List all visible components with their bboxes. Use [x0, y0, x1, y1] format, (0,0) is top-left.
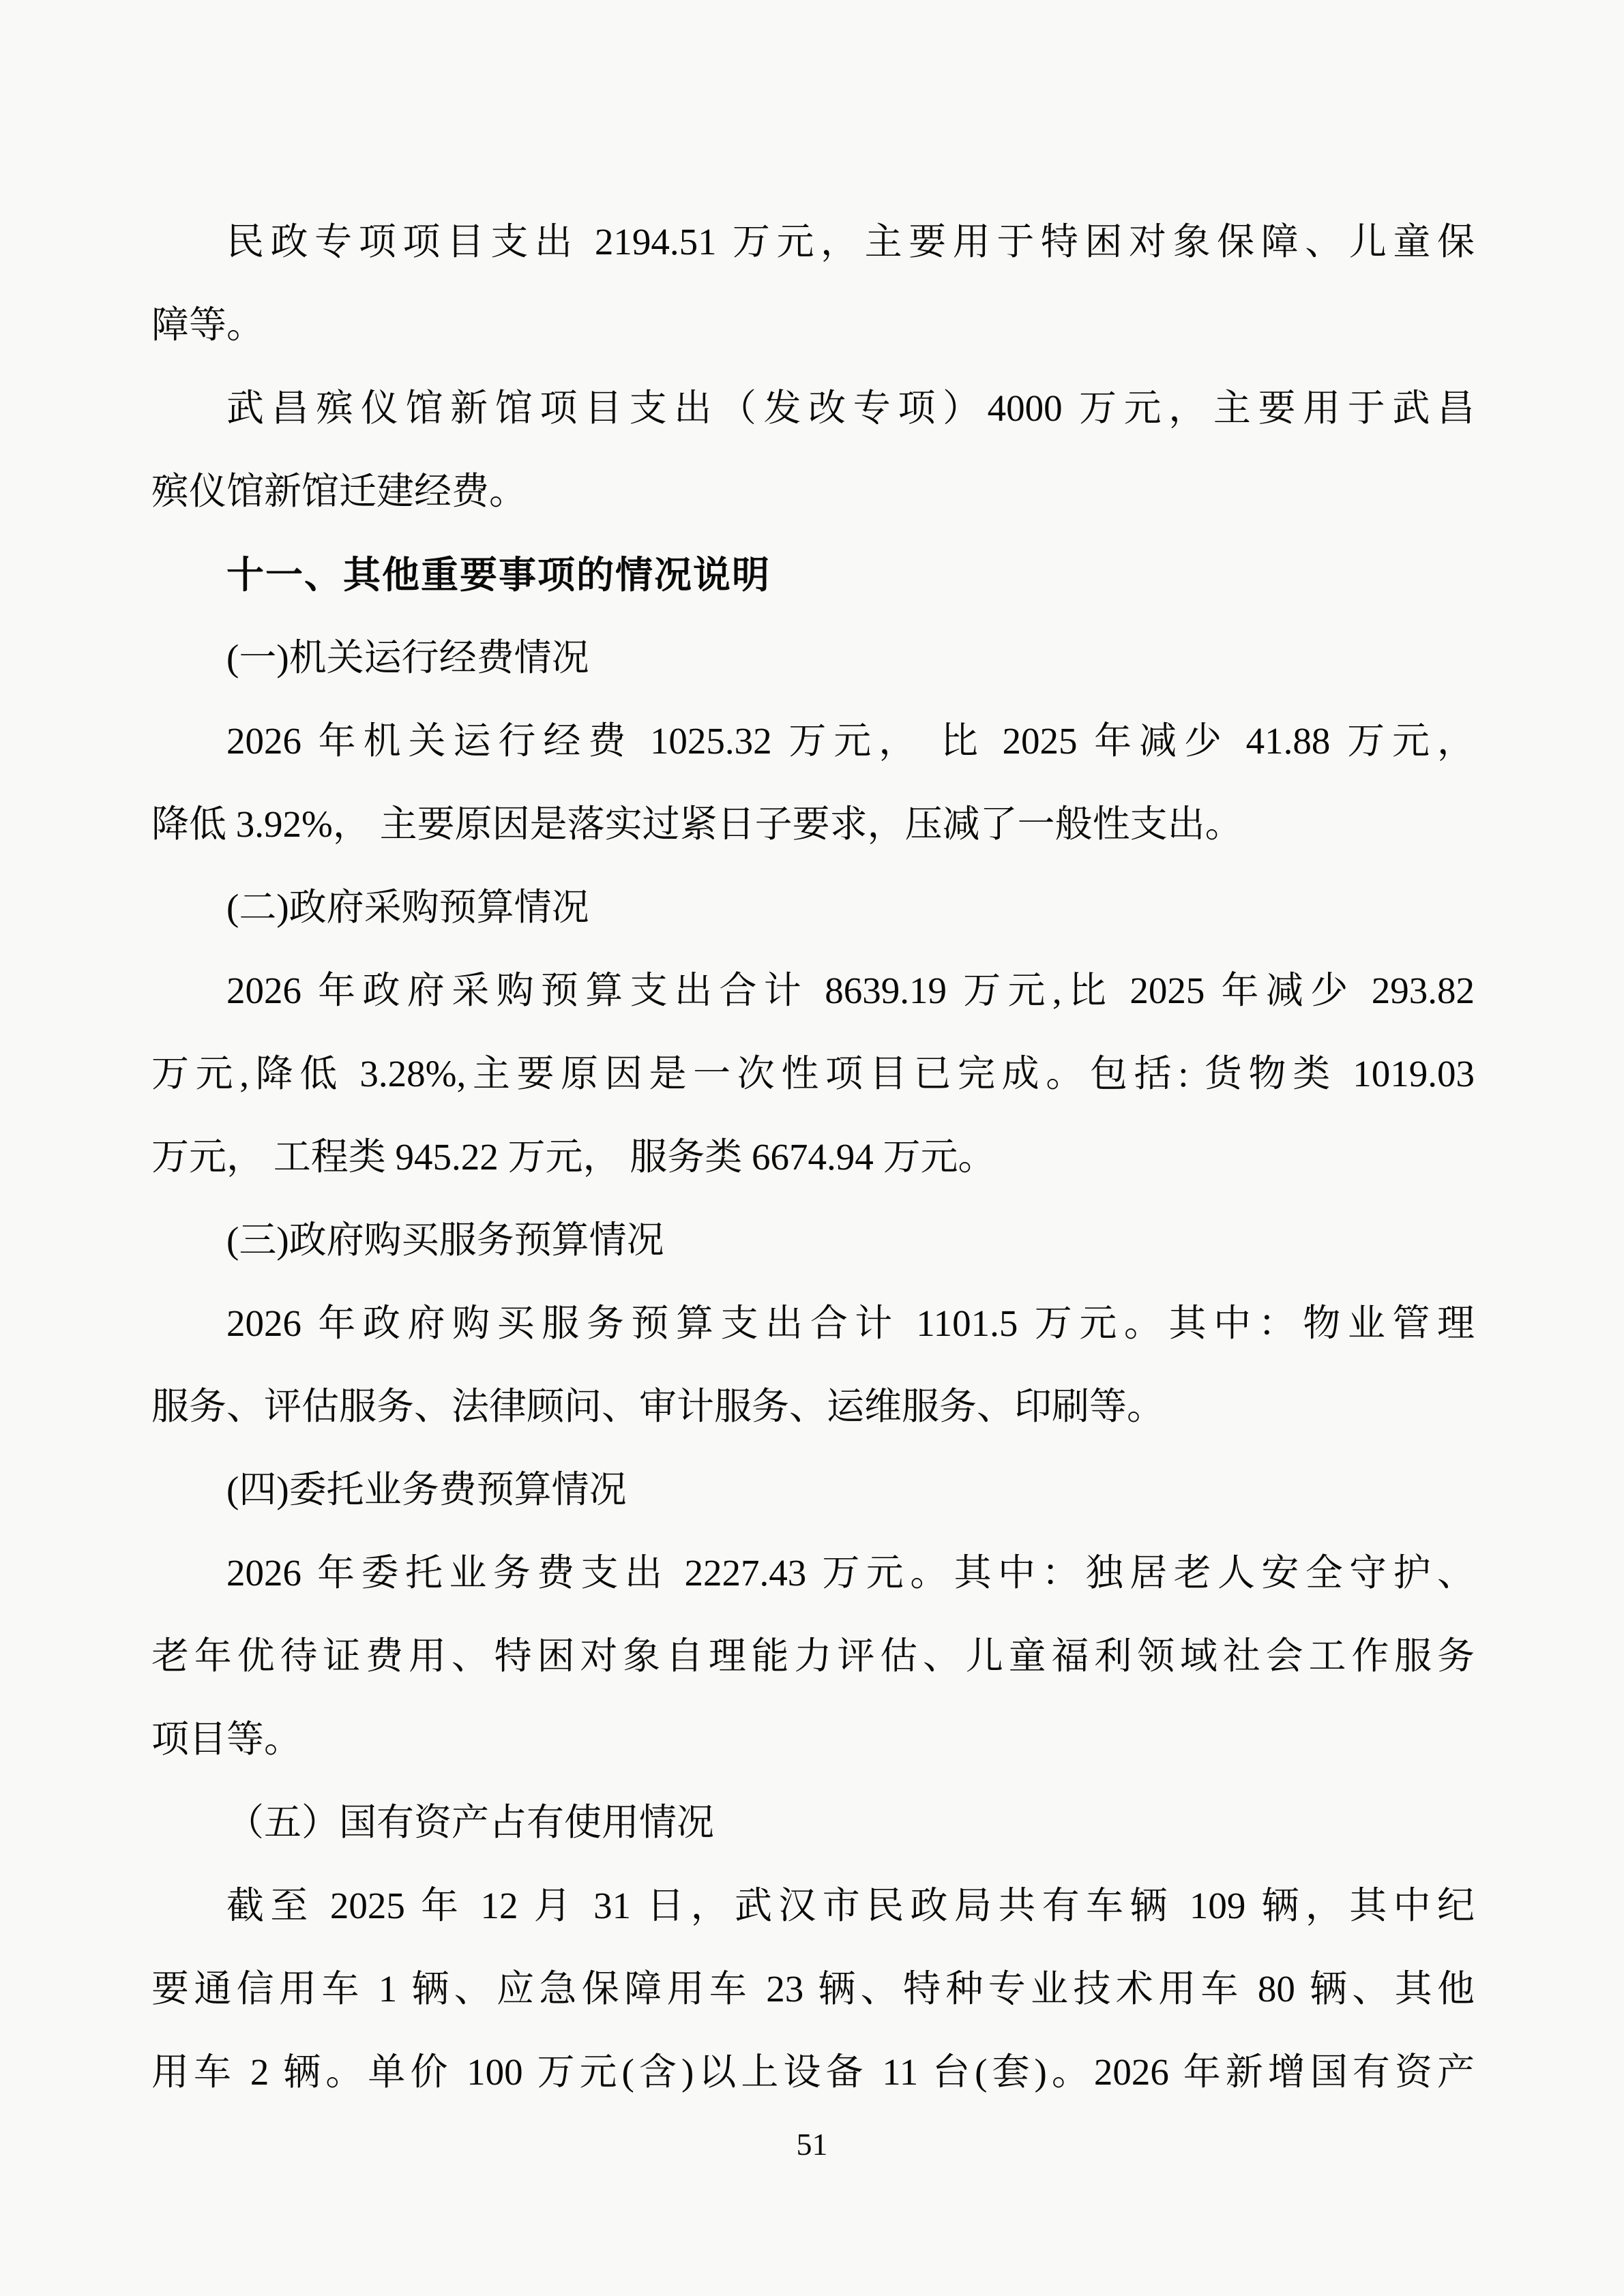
- paragraph-line: 要通信用车 1 辆、应急保障用车 23 辆、特种专业技术用车 80 辆、其他: [151, 1948, 1475, 2031]
- paragraph-line: 殡仪馆新馆迁建经费。: [151, 450, 1475, 533]
- paragraph-line: 武昌殡仪馆新馆项目支出（发改专项）4000 万元，主要用于武昌: [151, 367, 1475, 450]
- subsection-heading: （五）国有资产占有使用情况: [151, 1781, 1475, 1864]
- paragraph-line: 障等。: [151, 284, 1475, 367]
- section-heading: 十一、其他重要事项的情况说明: [151, 533, 1475, 616]
- document-page: 民政专项项目支出 2194.51 万元，主要用于特困对象保障、儿童保 障等。 武…: [0, 0, 1624, 2296]
- page-number: 51: [0, 2126, 1624, 2162]
- paragraph-line: 万元,降低 3.28%,主要原因是一次性项目已完成。包括: 货物类 1019.0…: [151, 1032, 1475, 1116]
- paragraph-line: 2026 年委托业务费支出 2227.43 万元。其中：独居老人安全守护、: [151, 1532, 1475, 1615]
- paragraph-line: 项目等。: [151, 1698, 1475, 1781]
- paragraph-line: 2026 年机关运行经费 1025.32 万元， 比 2025 年减少 41.8…: [151, 700, 1475, 783]
- paragraph-line: 万元， 工程类 945.22 万元， 服务类 6674.94 万元。: [151, 1116, 1475, 1199]
- subsection-heading: (四)委托业务费预算情况: [151, 1448, 1475, 1532]
- paragraph-line: 用车 2 辆。单价 100 万元(含)以上设备 11 台(套)。2026 年新增…: [151, 2031, 1475, 2114]
- paragraph-line: 民政专项项目支出 2194.51 万元，主要用于特困对象保障、儿童保: [151, 200, 1475, 284]
- paragraph-line: 截至 2025 年 12 月 31 日，武汉市民政局共有车辆 109 辆，其中纪: [151, 1864, 1475, 1948]
- paragraph-line: 2026 年政府购买服务预算支出合计 1101.5 万元。其中：物业管理: [151, 1282, 1475, 1365]
- text-block: 民政专项项目支出 2194.51 万元，主要用于特困对象保障、儿童保 障等。 武…: [151, 200, 1475, 2114]
- subsection-heading: (二)政府采购预算情况: [151, 866, 1475, 949]
- subsection-heading: (三)政府购买服务预算情况: [151, 1199, 1475, 1282]
- subsection-heading: (一)机关运行经费情况: [151, 616, 1475, 700]
- paragraph-line: 老年优待证费用、特困对象自理能力评估、儿童福利领域社会工作服务: [151, 1615, 1475, 1698]
- paragraph-line: 降低 3.92%， 主要原因是落实过紧日子要求，压减了一般性支出。: [151, 783, 1475, 866]
- paragraph-line: 服务、评估服务、法律顾问、审计服务、运维服务、印刷等。: [151, 1365, 1475, 1448]
- paragraph-line: 2026 年政府采购预算支出合计 8639.19 万元,比 2025 年减少 2…: [151, 949, 1475, 1032]
